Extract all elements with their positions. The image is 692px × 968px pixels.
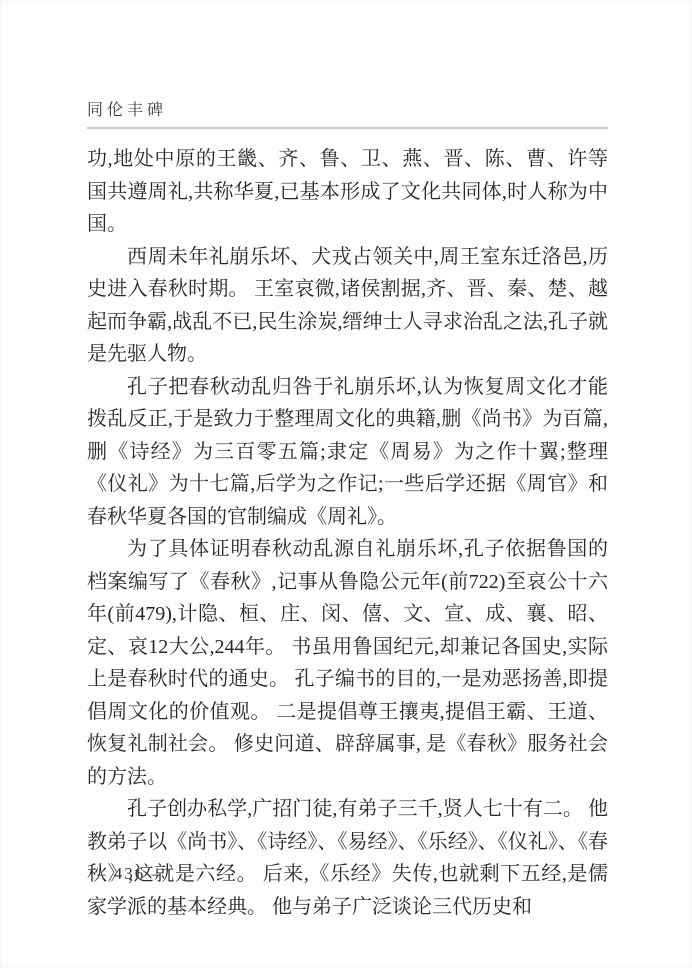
paragraph: 为了具体证明春秋动乱源自礼崩乐坏,孔子依据鲁国的档案编写了《春秋》,记事从鲁隐公… [87, 533, 608, 793]
paragraph-continuation: 功,地处中原的王畿、齐、鲁、卫、燕、晋、陈、曹、许等国共遵周礼,共称华夏,已基本… [87, 143, 608, 241]
running-header: 同伦丰碑 [87, 97, 608, 120]
paragraph: 孔子把春秋动乱归咎于礼崩乐坏,认为恢复周文化才能拨乱反正,于是致力于整理周文化的… [87, 371, 608, 534]
book-page: 同伦丰碑 功,地处中原的王畿、齐、鲁、卫、燕、晋、陈、曹、许等国共遵周礼,共称华… [0, 0, 692, 968]
page-number: – 436 – [97, 864, 162, 884]
paragraph: 西周未年礼崩乐坏、犬戎占领关中,周王室东迁洛邑,历史进入春秋时期。 王室哀微,诸… [87, 241, 608, 371]
header-rule [87, 127, 608, 129]
page-content: 同伦丰碑 功,地处中原的王畿、齐、鲁、卫、燕、晋、陈、曹、许等国共遵周礼,共称华… [87, 0, 608, 923]
paragraph: 孔子创办私学,广招门徒,有弟子三千,贤人七十有二。 他教弟子以《尚书》、《诗经》… [87, 793, 608, 923]
body-text: 功,地处中原的王畿、齐、鲁、卫、燕、晋、陈、曹、许等国共遵周礼,共称华夏,已基本… [87, 143, 608, 923]
